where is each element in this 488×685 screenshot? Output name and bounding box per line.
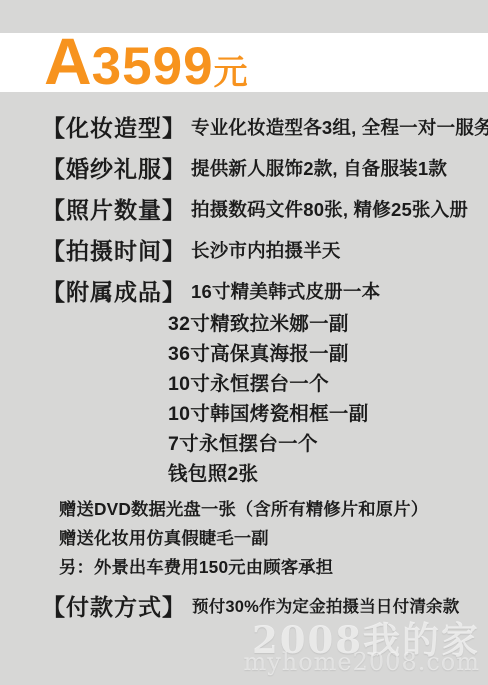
package-price-unit: 元 — [214, 54, 248, 92]
package-price-title: A3599元 — [44, 33, 248, 92]
list-item: 36寸高保真海报一副 — [168, 337, 369, 367]
section-header: 【婚纱礼服】 — [42, 151, 186, 184]
watermark-site-url: myhome2008.com — [243, 653, 480, 672]
package-price-value: 3599 — [92, 37, 214, 96]
section-makeup: 【化妆造型】 专业化妆造型各3组, 全程一对一服务 — [42, 106, 488, 147]
note-outdoor-fee: 另：外景出车费用150元由顾客承担 — [59, 551, 428, 580]
section-text: 长沙市内拍摄半天 — [191, 237, 341, 263]
section-text: 预付30%作为定金拍摄当日付清余款 — [192, 593, 459, 617]
package-sections: 【化妆造型】 专业化妆造型各3组, 全程一对一服务 【婚纱礼服】 提供新人服饰2… — [42, 106, 488, 311]
section-header: 【付款方式】 — [42, 589, 186, 622]
list-item: 10寸韩国烤瓷相框一副 — [168, 397, 369, 427]
section-header: 【拍摄时间】 — [42, 233, 186, 266]
section-payment: 【付款方式】 预付30%作为定金拍摄当日付清余款 — [42, 590, 459, 620]
note-dvd-gift: 赠送DVD数据光盘一张（含所有精修片和原片） — [59, 493, 428, 522]
site-watermark: 2008我的家 myhome2008.com — [243, 624, 480, 672]
note-eyelash-gift: 赠送化妆用仿真假睫毛一副 — [59, 522, 428, 551]
section-header: 【化妆造型】 — [42, 110, 186, 143]
section-text: 16寸精美韩式皮册一本 — [191, 278, 380, 304]
list-item: 10寸永恒摆台一个 — [168, 367, 369, 397]
section-text: 拍摄数码文件80张, 精修25张入册 — [191, 196, 468, 222]
section-text: 提供新人服饰2款, 自备服装1款 — [191, 155, 447, 181]
section-deliverables: 【附属成品】 16寸精美韩式皮册一本 — [42, 270, 488, 311]
deliverables-list: 32寸精致拉米娜一副 36寸高保真海报一副 10寸永恒摆台一个 10寸韩国烤瓷相… — [168, 307, 369, 487]
section-shoot-time: 【拍摄时间】 长沙市内拍摄半天 — [42, 229, 488, 270]
section-text: 专业化妆造型各3组, 全程一对一服务 — [191, 114, 488, 140]
price-flyer-page: A3599元 【化妆造型】 专业化妆造型各3组, 全程一对一服务 【婚纱礼服】 … — [0, 0, 488, 685]
watermark-site-name: 2008我的家 — [243, 624, 480, 657]
list-item: 7寸永恒摆台一个 — [168, 427, 369, 457]
section-header: 【附属成品】 — [42, 274, 186, 307]
section-header: 【照片数量】 — [42, 192, 186, 225]
list-item: 32寸精致拉米娜一副 — [168, 307, 369, 337]
title-band: A3599元 — [0, 33, 488, 92]
section-dress: 【婚纱礼服】 提供新人服饰2款, 自备服装1款 — [42, 147, 488, 188]
section-photo-count: 【照片数量】 拍摄数码文件80张, 精修25张入册 — [42, 188, 488, 229]
bonus-notes: 赠送DVD数据光盘一张（含所有精修片和原片） 赠送化妆用仿真假睫毛一副 另：外景… — [59, 493, 428, 580]
list-item: 钱包照2张 — [168, 457, 369, 487]
package-plan-letter: A — [44, 24, 92, 98]
